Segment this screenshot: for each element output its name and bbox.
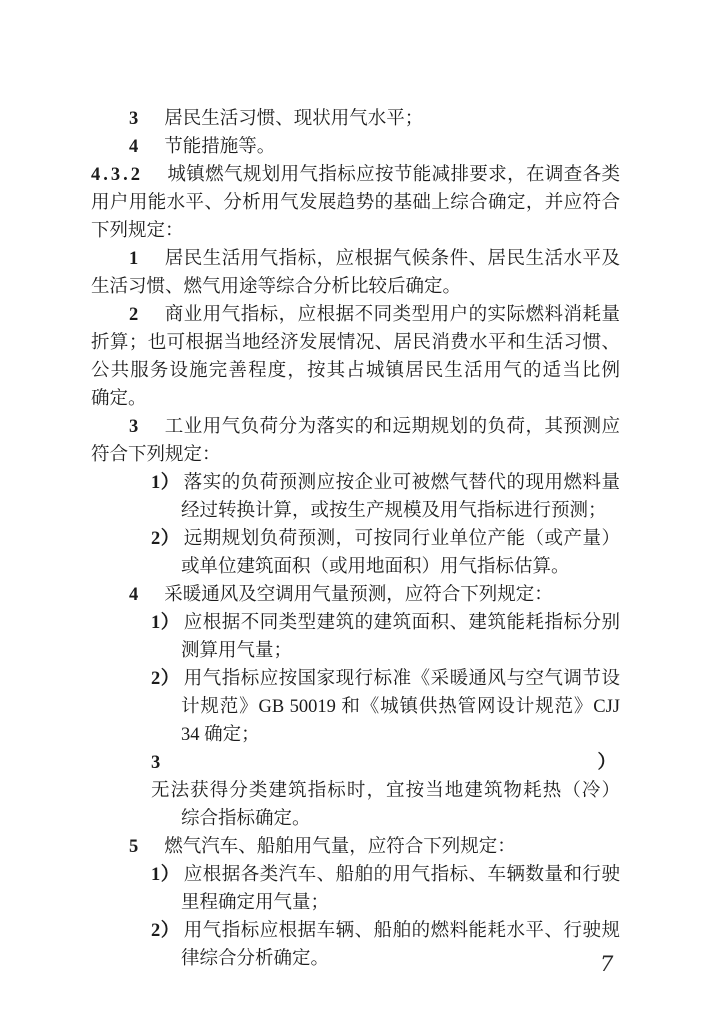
subitem-paragraph: 2）用气指标应按国家现行标准《采暖通风与空气调节设计规范》GB 50019 和《…: [91, 665, 620, 749]
text-line: 4采暖通风及空调用气量预测，应符合下列规定：: [91, 581, 620, 609]
line-text: 应根据不同类型建筑的建筑面积、建筑能耗指标分别: [184, 613, 620, 633]
subitem-number: 2）: [151, 529, 180, 549]
text-line: 2）用气指标应按国家现行标准《采暖通风与空气调节设: [91, 665, 620, 693]
text-line: 3居民生活习惯、现状用气水平；: [91, 105, 620, 133]
text-line: 经过转换计算，或按生产规模及用气指标进行预测；: [91, 497, 620, 525]
text-line: 计规范》GB 50019 和《城镇供热管网设计规范》CJJ: [91, 693, 620, 721]
text-line: 综合指标确定。: [91, 805, 620, 833]
item-paragraph: 5燃气汽车、船舶用气量，应符合下列规定：: [91, 833, 620, 861]
line-text: 采暖通风及空调用气量预测，应符合下列规定：: [164, 585, 553, 605]
line-text: 城镇燃气规划用气指标应按节能减排要求，在调查各类: [167, 165, 620, 185]
text-line: 3）无法获得分类建筑指标时，宜按当地建筑物耗热（冷）: [91, 749, 620, 805]
subitem-paragraph: 1）应根据不同类型建筑的建筑面积、建筑能耗指标分别测算用气量；: [91, 609, 620, 665]
item-number: 4: [129, 585, 138, 605]
text-line: 律综合分析确定。: [91, 945, 620, 973]
line-text: 居民生活用气指标，应根据气候条件、居民生活水平及: [164, 249, 620, 269]
text-line: 1）落实的负荷预测应按企业可被燃气替代的现用燃料量: [91, 469, 620, 497]
text-line: 折算；也可根据当地经济发展情况、居民消费水平和生活习惯、: [91, 329, 620, 357]
document-scan-page: 3居民生活习惯、现状用气水平；4节能措施等。4.3.2城镇燃气规划用气指标应按节…: [0, 0, 707, 1024]
line-text: 商业用气指标，应根据不同类型用户的实际燃料消耗量: [164, 305, 620, 325]
text-line: 2商业用气指标，应根据不同类型用户的实际燃料消耗量: [91, 301, 620, 329]
clause-paragraph: 4.3.2城镇燃气规划用气指标应按节能减排要求，在调查各类用户用能水平、分析用气…: [91, 161, 620, 245]
line-text: 远期规划负荷预测，可按同行业单位产能（或产量）: [184, 529, 620, 549]
text-line: 5燃气汽车、船舶用气量，应符合下列规定：: [91, 833, 620, 861]
subitem-number: 1）: [151, 865, 180, 885]
line-text: 节能措施等。: [164, 137, 275, 157]
text-line: 公共服务设施完善程度，按其占城镇居民生活用气的适当比例: [91, 357, 620, 385]
document-page-body: 3居民生活习惯、现状用气水平；4节能措施等。4.3.2城镇燃气规划用气指标应按节…: [91, 105, 620, 973]
text-line: 1）应根据各类汽车、船舶的用气指标、车辆数量和行驶: [91, 861, 620, 889]
item-paragraph: 2商业用气指标，应根据不同类型用户的实际燃料消耗量折算；也可根据当地经济发展情况…: [91, 301, 620, 413]
line-text: 落实的负荷预测应按企业可被燃气替代的现用燃料量: [184, 473, 620, 493]
subitem-number: 2）: [151, 669, 180, 689]
item-number: 5: [129, 837, 138, 857]
item-paragraph: 3工业用气负荷分为落实的和远期规划的负荷，其预测应符合下列规定：: [91, 413, 620, 469]
text-line: 里程确定用气量；: [91, 889, 620, 917]
text-line: 或单位建筑面积（或用地面积）用气指标估算。: [91, 553, 620, 581]
text-line: 4节能措施等。: [91, 133, 620, 161]
subitem-number: 1）: [151, 473, 180, 493]
item-number: 4: [129, 137, 138, 157]
item-paragraph: 1居民生活用气指标，应根据气候条件、居民生活水平及生活习惯、燃气用途等综合分析比…: [91, 245, 620, 301]
text-line: 2）远期规划负荷预测，可按同行业单位产能（或产量）: [91, 525, 620, 553]
subitem-paragraph: 2）用气指标应根据车辆、船舶的燃料能耗水平、行驶规律综合分析确定。: [91, 917, 620, 973]
item-number: 3: [129, 109, 138, 129]
subitem-paragraph: 1）落实的负荷预测应按企业可被燃气替代的现用燃料量经过转换计算，或按生产规模及用…: [91, 469, 620, 525]
line-text: 用气指标应按国家现行标准《采暖通风与空气调节设: [184, 669, 620, 689]
item-number: 3: [129, 417, 138, 437]
text-line: 生活习惯、燃气用途等综合分析比较后确定。: [91, 273, 620, 301]
text-line: 下列规定：: [91, 217, 620, 245]
subitem-number: 2）: [151, 921, 180, 941]
line-text: 燃气汽车、船舶用气量，应符合下列规定：: [164, 837, 516, 857]
item-paragraph: 4节能措施等。: [91, 133, 620, 161]
subitem-number: 1）: [151, 613, 180, 633]
subitem-paragraph: 3）无法获得分类建筑指标时，宜按当地建筑物耗热（冷）综合指标确定。: [91, 749, 620, 833]
line-text: 居民生活习惯、现状用气水平；: [164, 109, 423, 129]
text-line: 确定。: [91, 385, 620, 413]
item-number: 2: [129, 305, 138, 325]
subitem-paragraph: 2）远期规划负荷预测，可按同行业单位产能（或产量）或单位建筑面积（或用地面积）用…: [91, 525, 620, 581]
text-line: 测算用气量；: [91, 637, 620, 665]
text-line: 1）应根据不同类型建筑的建筑面积、建筑能耗指标分别: [91, 609, 620, 637]
text-line: 符合下列规定：: [91, 441, 620, 469]
item-number: 1: [129, 249, 138, 269]
line-text: 应根据各类汽车、船舶的用气指标、车辆数量和行驶: [184, 865, 620, 885]
text-line: 4.3.2城镇燃气规划用气指标应按节能减排要求，在调查各类: [91, 161, 620, 189]
subitem-number: 3）: [151, 753, 616, 773]
item-paragraph: 3居民生活习惯、现状用气水平；: [91, 105, 620, 133]
page-number: 7: [600, 952, 613, 976]
subitem-paragraph: 1）应根据各类汽车、船舶的用气指标、车辆数量和行驶里程确定用气量；: [91, 861, 620, 917]
line-text: 用气指标应根据车辆、船舶的燃料能耗水平、行驶规: [184, 921, 620, 941]
text-line: 3工业用气负荷分为落实的和远期规划的负荷，其预测应: [91, 413, 620, 441]
text-line: 用户用能水平、分析用气发展趋势的基础上综合确定，并应符合: [91, 189, 620, 217]
line-text: 无法获得分类建筑指标时，宜按当地建筑物耗热（冷）: [151, 781, 620, 801]
text-line: 2）用气指标应根据车辆、船舶的燃料能耗水平、行驶规: [91, 917, 620, 945]
item-paragraph: 4采暖通风及空调用气量预测，应符合下列规定：: [91, 581, 620, 609]
text-line: 1居民生活用气指标，应根据气候条件、居民生活水平及: [91, 245, 620, 273]
line-text: 工业用气负荷分为落实的和远期规划的负荷，其预测应: [164, 417, 620, 437]
text-line: 34 确定；: [91, 721, 620, 749]
clause-number: 4.3.2: [91, 165, 143, 185]
